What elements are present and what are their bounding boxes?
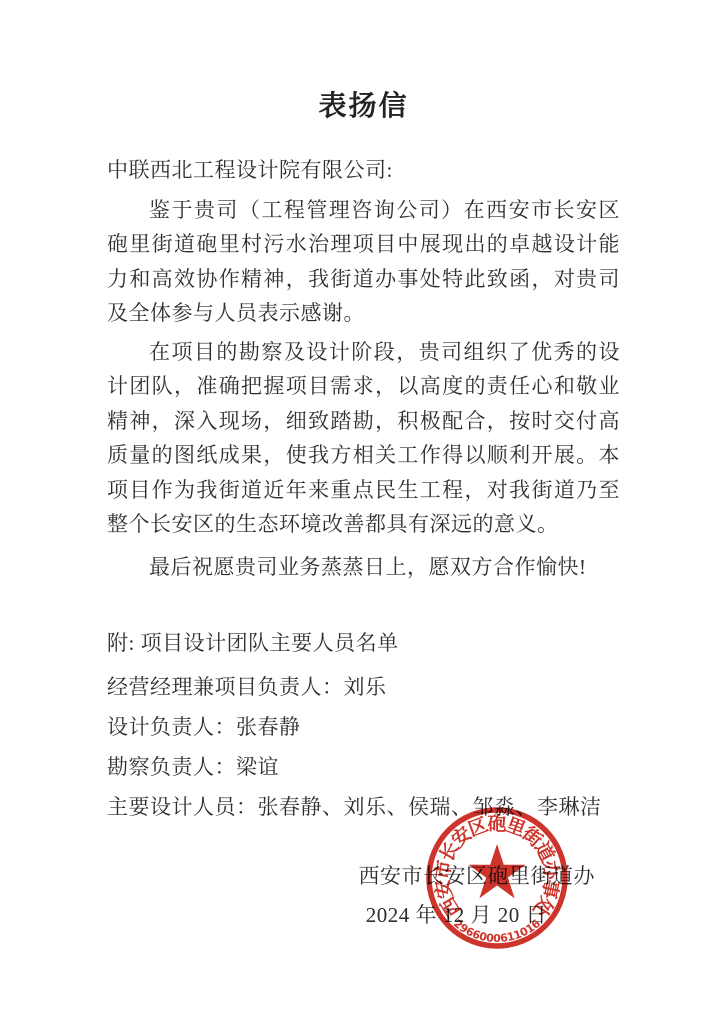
signature-date: 2024 年 12 月 20 日	[107, 896, 620, 935]
salutation: 中联西北工程设计院有限公司:	[107, 153, 620, 188]
letter-content: 表扬信 中联西北工程设计院有限公司: 鉴于贵司（工程管理咨询公司）在西安市长安区…	[0, 0, 720, 935]
team-member-line: 勘察负责人：梁谊	[107, 747, 620, 787]
team-member-line: 主要设计人员：张春静、刘乐、侯瑞、邹淼、李琳洁	[107, 787, 620, 827]
paragraph-3: 最后祝愿贵司业务蒸蒸日上，愿双方合作愉快!	[107, 550, 620, 585]
signature-organization: 西安市长安区砲里街道办	[107, 857, 620, 896]
commendation-letter-page: 表扬信 中联西北工程设计院有限公司: 鉴于贵司（工程管理咨询公司）在西安市长安区…	[0, 0, 720, 1018]
page-title: 表扬信	[107, 88, 620, 126]
team-member-line: 设计负责人：张春静	[107, 707, 620, 747]
paragraph-2: 在项目的勘察及设计阶段，贵司组织了优秀的设计团队，准确把握项目需求，以高度的责任…	[107, 335, 620, 542]
attachment-heading: 附: 项目设计团队主要人员名单	[107, 626, 620, 661]
signature-block: 西安市长安区砲里街道办 2024 年 12 月 20 日	[107, 857, 620, 935]
team-list: 经营经理兼项目负责人：刘乐 设计负责人：张春静 勘察负责人：梁谊 主要设计人员：…	[107, 667, 620, 827]
team-member-line: 经营经理兼项目负责人：刘乐	[107, 667, 620, 707]
paragraph-1: 鉴于贵司（工程管理咨询公司）在西安市长安区砲里街道砲里村污水治理项目中展现出的卓…	[107, 193, 620, 331]
